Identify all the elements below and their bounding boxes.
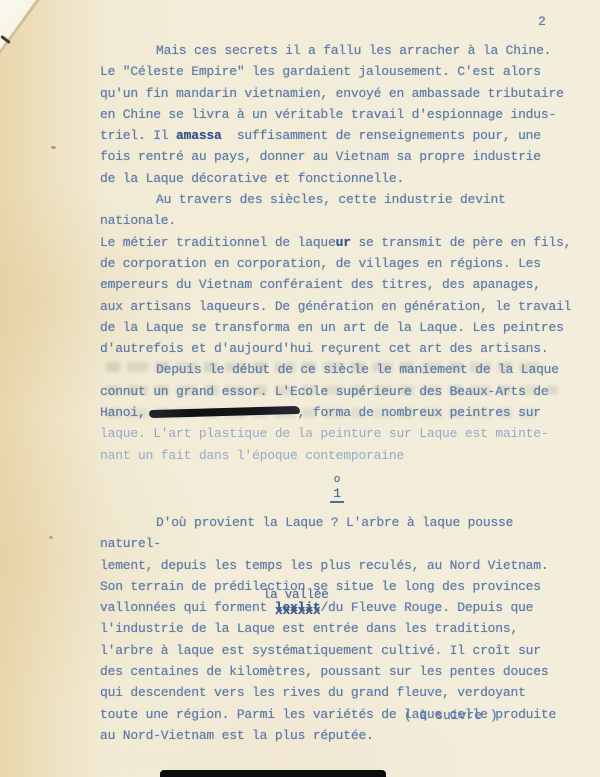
ink-speck bbox=[49, 536, 53, 539]
divider-top-glyph: o bbox=[334, 475, 340, 486]
scanned-page: 2 Mais ces secrets il a fallu les arrach… bbox=[0, 0, 600, 777]
text-line: Le métier traditionnel de laqueur se tra… bbox=[100, 232, 574, 253]
text-line: de corporation en corporation, de villag… bbox=[100, 253, 574, 274]
text-run: , forma de nombreux peintres sur bbox=[298, 405, 541, 420]
text-line: Hanoi, , forma de nombreux peintres sur bbox=[100, 402, 574, 423]
divider-bottom-glyph: 1 bbox=[330, 487, 344, 503]
ink-speck bbox=[51, 146, 56, 149]
text-run: de la Laque décorative et fonctionnelle. bbox=[100, 171, 404, 186]
text-run: suffisamment de renseignements pour, une bbox=[222, 128, 541, 143]
text-run: qui descendent vers les rives du grand f… bbox=[100, 685, 526, 700]
text-line: laque. L'art plastique de la peinture su… bbox=[100, 423, 574, 444]
text-run: D'où provient la Laque ? L'arbre à laque… bbox=[100, 515, 521, 551]
text-run: Au travers des siècles, cette industrie … bbox=[100, 192, 513, 228]
page-number: 2 bbox=[538, 14, 546, 29]
text-run: qu'un fin mandarin vietnamien, envoyé en… bbox=[100, 86, 564, 101]
text-run: d'autrefois et d'aujourd'hui reçurent ce… bbox=[100, 341, 548, 356]
text-run: de la Laque se transforma en un art de l… bbox=[100, 320, 564, 335]
text-line: fois rentré au pays, donner au Vietnam s… bbox=[100, 146, 574, 167]
continuation-note: ( à suivre ) bbox=[404, 708, 498, 723]
text-line: d'autrefois et d'aujourd'hui reçurent ce… bbox=[100, 338, 574, 359]
text-line: l'industrie de la Laque est entrée dans … bbox=[100, 618, 574, 639]
text-line: vallonnées qui forment lexlitla valléexx… bbox=[100, 597, 574, 618]
text-run: laque. L'art plastique de la peinture su… bbox=[100, 426, 548, 441]
text-run: empereurs du Vietnam conféraient des tit… bbox=[100, 277, 541, 292]
text-run: l'arbre à laque est systématiquement cul… bbox=[100, 643, 541, 658]
section-divider: o1 bbox=[100, 466, 574, 512]
text-run: Depuis le début de ce siècle le maniemen… bbox=[156, 362, 559, 377]
text-redacted bbox=[153, 402, 297, 423]
text-line: au Nord-Vietnam est la plus réputée. bbox=[100, 725, 574, 746]
text-line: D'où provient la Laque ? L'arbre à laque… bbox=[100, 512, 574, 555]
text-bold: amassa bbox=[176, 128, 222, 143]
text-bold: ur bbox=[336, 235, 351, 250]
text-strike: lexlitla valléexxxxxx bbox=[275, 600, 321, 615]
text-run: fois rentré au pays, donner au Vietnam s… bbox=[100, 149, 541, 164]
text-run: connut un grand essor. L'Ecole supérieur… bbox=[100, 384, 548, 399]
text-run: lement, depuis les temps les plus reculé… bbox=[100, 558, 548, 573]
text-run: l'industrie de la Laque est entrée dans … bbox=[100, 621, 518, 636]
inserted-text: la vallée bbox=[263, 589, 329, 601]
text-block: Mais ces secrets il a fallu les arracher… bbox=[100, 40, 574, 746]
text-line: aux artisans laqueurs. De génération en … bbox=[100, 296, 574, 317]
text-run: vallonnées qui forment bbox=[100, 600, 275, 615]
text-run: se transmit de père en fils, bbox=[351, 235, 571, 250]
text-line: Au travers des siècles, cette industrie … bbox=[100, 189, 574, 232]
text-run: de corporation en corporation, de villag… bbox=[100, 256, 541, 271]
text-run: des centaines de kilomètres, poussant su… bbox=[100, 664, 548, 679]
text-line: en Chine se livra à un véritable travail… bbox=[100, 104, 574, 125]
text-run: /du Fleuve Rouge. Depuis que bbox=[320, 600, 533, 615]
text-line: lement, depuis les temps les plus reculé… bbox=[100, 555, 574, 576]
text-run: triel. Il bbox=[100, 128, 176, 143]
text-run: en Chine se livra à un véritable travail… bbox=[100, 107, 556, 122]
text-run: nant un fait dans l'époque contemporaine bbox=[100, 448, 404, 463]
text-line: Le "Céleste Empire" les gardaient jalous… bbox=[100, 61, 574, 82]
text-line: qu'un fin mandarin vietnamien, envoyé en… bbox=[100, 83, 574, 104]
text-line: Depuis le début de ce siècle le maniemen… bbox=[100, 359, 574, 380]
text-line: l'arbre à laque est systématiquement cul… bbox=[100, 640, 574, 661]
text-line: Son terrain de prédilection se situe le … bbox=[100, 576, 574, 597]
scan-edge-bar bbox=[160, 770, 386, 777]
text-line: triel. Il amassa suffisamment de renseig… bbox=[100, 125, 574, 146]
text-line: de la Laque se transforma en un art de l… bbox=[100, 317, 574, 338]
text-line: des centaines de kilomètres, poussant su… bbox=[100, 661, 574, 682]
text-line: Mais ces secrets il a fallu les arracher… bbox=[100, 40, 574, 61]
text-run: Mais ces secrets il a fallu les arracher… bbox=[156, 43, 551, 58]
text-run: au Nord-Vietnam est la plus réputée. bbox=[100, 728, 374, 743]
text-run: Le "Céleste Empire" les gardaient jalous… bbox=[100, 64, 541, 79]
text-line: qui descendent vers les rives du grand f… bbox=[100, 682, 574, 703]
text-run: aux artisans laqueurs. De génération en … bbox=[100, 299, 571, 314]
text-run: Hanoi, bbox=[100, 405, 153, 420]
text-line: de la Laque décorative et fonctionnelle. bbox=[100, 168, 574, 189]
text-line: empereurs du Vietnam conféraient des tit… bbox=[100, 274, 574, 295]
text-line: nant un fait dans l'époque contemporaine bbox=[100, 445, 574, 466]
text-line: connut un grand essor. L'Ecole supérieur… bbox=[100, 381, 574, 402]
text-run: Le métier traditionnel de laque bbox=[100, 235, 336, 250]
text-line: toute une région. Parmi les variétés de … bbox=[100, 704, 574, 725]
